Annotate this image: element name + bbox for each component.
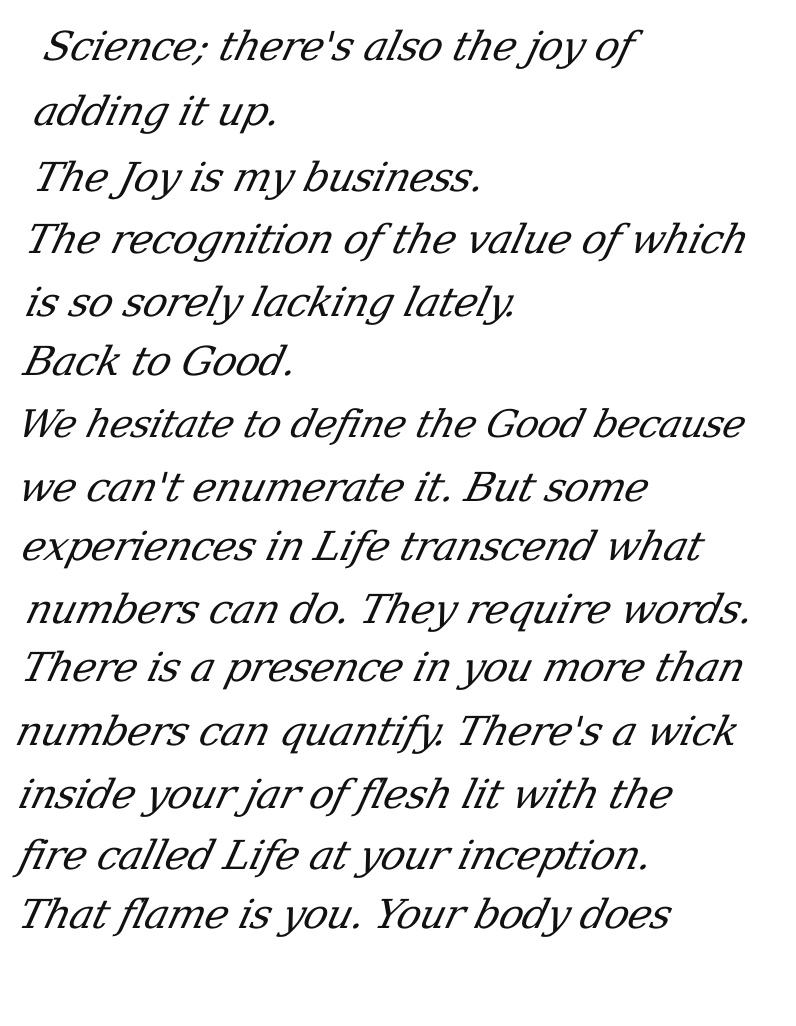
handwritten-line: numbers can quantify. There's a wick [12,712,743,752]
handwritten-line: The Joy is my business. [30,158,488,198]
handwritten-line: is so sorely lacking lately. [22,283,522,323]
handwritten-line: Science; there's also the joy of [40,27,638,67]
handwritten-line: The recognition of the value of which [22,220,752,260]
handwritten-line: inside your jar of flesh lit with the [15,775,678,815]
handwritten-line: There is a presence in you more than [18,648,749,688]
handwritten-line: we can't enumerate it. But some [15,468,653,508]
handwritten-page: Science; there's also the joy of adding … [0,0,796,1026]
handwritten-line: We hesitate to define the Good because [15,405,750,443]
handwritten-line: Back to Good. [20,342,301,382]
handwritten-line: experiences in Life transcend what [18,527,707,567]
handwritten-line: numbers can do. They require words. [22,590,757,630]
handwritten-line: That flame is you. Your body does [15,895,676,935]
handwritten-line: fire called Life at your inception. [15,836,656,876]
handwritten-line: adding it up. [30,92,285,132]
